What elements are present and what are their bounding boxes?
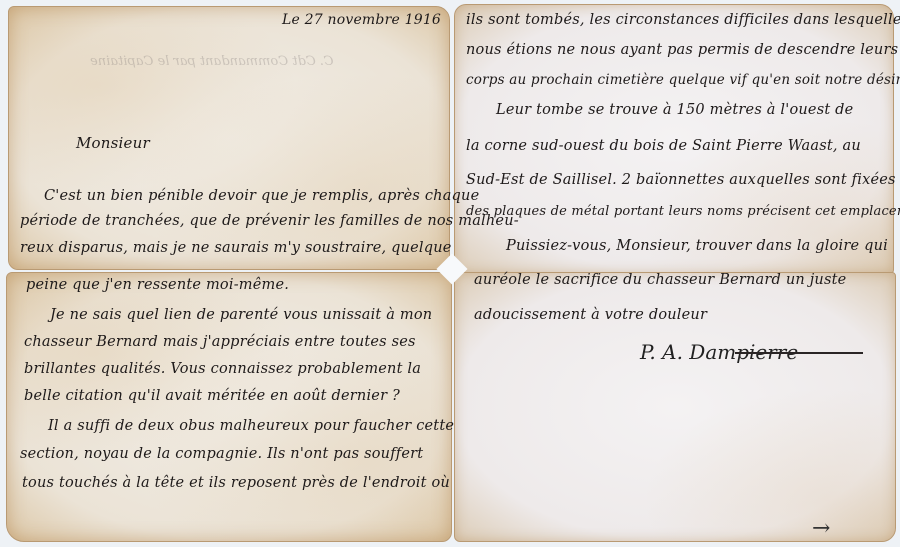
date-line: Le 27 novembre 1916 (282, 12, 441, 28)
letter-line: chasseur Bernard mais j'appréciais entre… (24, 334, 416, 350)
continuation-arrow-icon: → (812, 516, 830, 541)
letter-line: Il a suffi de deux obus malheureux pour … (48, 418, 454, 434)
letter-line: brillantes qualités. Vous connaissez pro… (24, 361, 421, 377)
letter-line: Je ne sais quel lien de parenté vous uni… (50, 307, 432, 323)
letter-line: belle citation qu'il avait méritée en ao… (24, 388, 400, 404)
letter-line: peine que j'en ressente moi-même. (26, 277, 289, 293)
letter-line: la corne sud-ouest du bois de Saint Pier… (466, 138, 861, 154)
letter-line: corps au prochain cimetière quelque vif … (466, 72, 900, 88)
letter-line: Sud-Est de Saillisel. 2 baïonnettes auxq… (466, 172, 896, 188)
letter-line: Puissiez-vous, Monsieur, trouver dans la… (506, 238, 888, 254)
letter-line: reux disparus, mais je ne saurais m'y so… (20, 240, 452, 256)
letter-line: tous touchés à la tête et ils reposent p… (22, 475, 450, 491)
letter-line: auréole le sacrifice du chasseur Bernard… (474, 272, 846, 288)
letter-line: des plaques de métal portant leurs noms … (466, 204, 900, 219)
letter-line: section, noyau de la compagnie. Ils n'on… (20, 446, 423, 462)
bleed-through-text: C. Cdt Commandant par le Capitaine (90, 54, 334, 69)
salutation: Monsieur (76, 134, 150, 152)
letter-page-top-left (8, 6, 450, 270)
letter-line: C'est un bien pénible devoir que je remp… (44, 188, 479, 204)
letter-line: Leur tombe se trouve à 150 mètres à l'ou… (496, 102, 853, 118)
letter-line: adoucissement à votre douleur (474, 307, 707, 323)
signature-flourish (735, 352, 863, 354)
letter-line: nous étions ne nous ayant pas permis de … (466, 42, 898, 58)
letter-line: ils sont tombés, les circonstances diffi… (466, 12, 900, 28)
letter-line: période de tranchées, que de prévenir le… (20, 213, 519, 229)
